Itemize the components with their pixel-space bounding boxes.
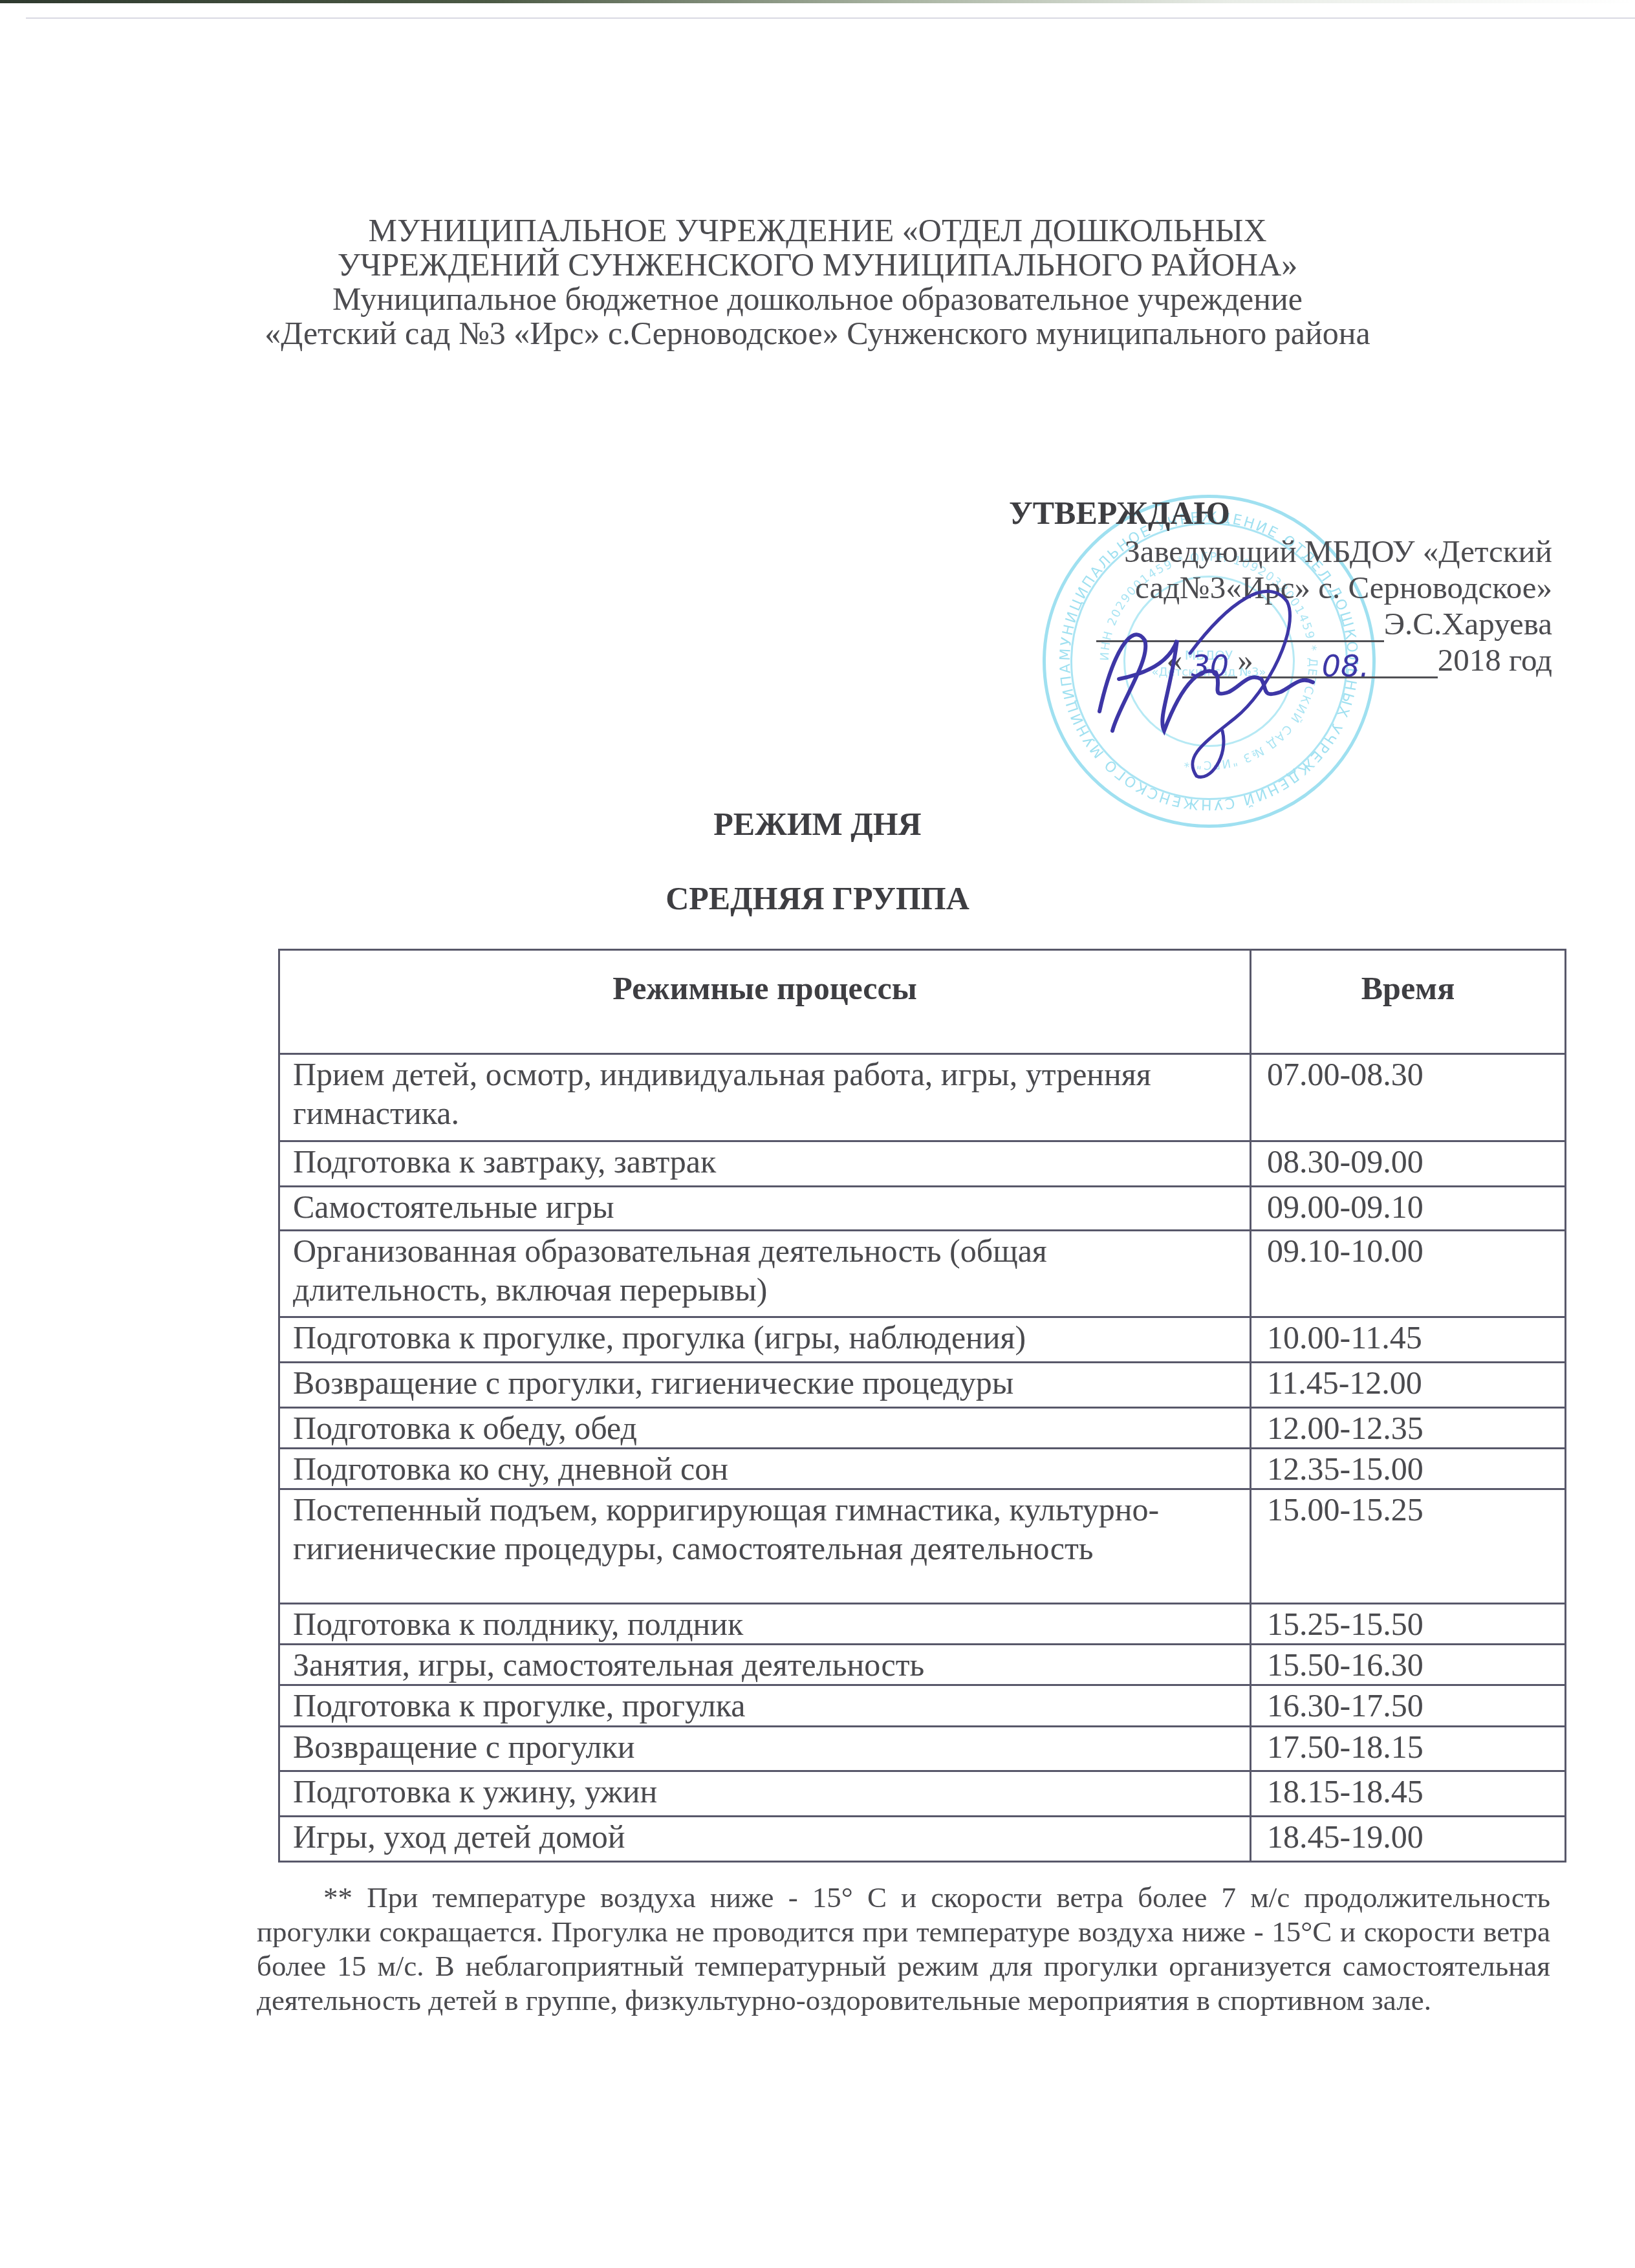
scan-line-artifact [26, 17, 1635, 19]
time-cell: 15.25-15.50 [1251, 1604, 1566, 1645]
time-cell: 18.15-18.45 [1251, 1771, 1566, 1817]
scan-edge-artifact [0, 0, 1635, 3]
process-cell: Прием детей, осмотр, индивидуальная рабо… [279, 1054, 1251, 1141]
process-cell: Подготовка к обеду, обед [279, 1408, 1251, 1449]
column-header-time: Время [1251, 950, 1566, 1054]
process-cell: Возвращение с прогулки, гигиенические пр… [279, 1363, 1251, 1408]
approver-name: Э.С.Харуева [1384, 606, 1552, 642]
table-row: Возвращение с прогулки, гигиенические пр… [279, 1363, 1566, 1408]
date-year: 2018 год [1438, 642, 1552, 678]
process-cell: Подготовка к прогулке, прогулка [279, 1685, 1251, 1727]
table-row: Подготовка к завтраку, завтрак 08.30-09.… [279, 1141, 1566, 1187]
process-text: Организованная образовательная деятельно… [293, 1233, 1047, 1308]
header-line-3: Муниципальное бюджетное дошкольное образ… [0, 282, 1635, 316]
process-cell: Подготовка ко сну, дневной сон [279, 1449, 1251, 1489]
table-row: Постепенный подъем, корригирующая гимнас… [279, 1489, 1566, 1604]
column-header-process: Режимные процессы [279, 950, 1251, 1054]
time-cell: 09.00-09.10 [1251, 1187, 1566, 1231]
process-cell: Подготовка к завтраку, завтрак [279, 1141, 1251, 1187]
approval-title: УТВЕРЖДАЮ [996, 495, 1552, 531]
table-row: Подготовка к прогулке, прогулка (игры, н… [279, 1317, 1566, 1363]
table-row: Подготовка к ужину, ужин 18.15-18.45 [279, 1771, 1566, 1817]
process-cell: Подготовка к прогулке, прогулка (игры, н… [279, 1317, 1251, 1363]
header-line-4: «Детский сад №3 «Ирс» с.Серноводское» Су… [0, 316, 1635, 351]
time-cell: 11.45-12.00 [1251, 1363, 1566, 1408]
table-row: Самостоятельные игры 09.00-09.10 [279, 1187, 1566, 1231]
time-cell: 18.45-19.00 [1251, 1817, 1566, 1862]
process-cell: Возвращение с прогулки [279, 1727, 1251, 1771]
table-row: Возвращение с прогулки 17.50-18.15 [279, 1727, 1566, 1771]
footnote-text: ** При температуре воздуха ниже - 15° С … [257, 1881, 1550, 2016]
table-row: Организованная образовательная деятельно… [279, 1231, 1566, 1317]
time-cell: 08.30-09.00 [1251, 1141, 1566, 1187]
process-cell: Подготовка к ужину, ужин [279, 1771, 1251, 1817]
time-cell: 09.10-10.00 [1251, 1231, 1566, 1317]
header-line-2: УЧРЕЖДЕНИЙ СУНЖЕНСКОГО МУНИЦИПАЛЬНОГО РА… [0, 248, 1635, 282]
signature-icon [1074, 563, 1345, 783]
process-cell: Занятия, игры, самостоятельная деятельно… [279, 1645, 1251, 1685]
table-row: Занятия, игры, самостоятельная деятельно… [279, 1645, 1566, 1685]
table-header-row: Режимные процессы Время [279, 950, 1566, 1054]
institution-header: МУНИЦИПАЛЬНОЕ УЧРЕЖДЕНИЕ «ОТДЕЛ ДОШКОЛЬН… [0, 213, 1635, 351]
header-line-1: МУНИЦИПАЛЬНОЕ УЧРЕЖДЕНИЕ «ОТДЕЛ ДОШКОЛЬН… [0, 213, 1635, 248]
daily-schedule-table: Режимные процессы Время Прием детей, осм… [278, 949, 1566, 1863]
time-cell: 07.00-08.30 [1251, 1054, 1566, 1141]
weather-footnote: ** При температуре воздуха ниже - 15° С … [257, 1881, 1550, 2018]
table-row: Подготовка к прогулке, прогулка 16.30-17… [279, 1685, 1566, 1727]
table-row: Подготовка к полднику, полдник 15.25-15.… [279, 1604, 1566, 1645]
table-row: Подготовка ко сну, дневной сон 12.35-15.… [279, 1449, 1566, 1489]
table-row: Игры, уход детей домой 18.45-19.00 [279, 1817, 1566, 1862]
document-subtitle: СРЕДНЯЯ ГРУППА [0, 880, 1635, 917]
document-title: РЕЖИМ ДНЯ [0, 805, 1635, 843]
time-cell: 10.00-11.45 [1251, 1317, 1566, 1363]
time-cell: 15.00-15.25 [1251, 1489, 1566, 1604]
time-cell: 16.30-17.50 [1251, 1685, 1566, 1727]
time-cell: 15.50-16.30 [1251, 1645, 1566, 1685]
process-cell: Самостоятельные игры [279, 1187, 1251, 1231]
process-cell: Организованная образовательная деятельно… [279, 1231, 1251, 1317]
time-cell: 17.50-18.15 [1251, 1727, 1566, 1771]
process-cell: Игры, уход детей домой [279, 1817, 1251, 1862]
table-row: Подготовка к обеду, обед 12.00-12.35 [279, 1408, 1566, 1449]
table-row: Прием детей, осмотр, индивидуальная рабо… [279, 1054, 1566, 1141]
process-cell: Постепенный подъем, корригирующая гимнас… [279, 1489, 1251, 1604]
time-cell: 12.35-15.00 [1251, 1449, 1566, 1489]
process-cell: Подготовка к полднику, полдник [279, 1604, 1251, 1645]
time-cell: 12.00-12.35 [1251, 1408, 1566, 1449]
